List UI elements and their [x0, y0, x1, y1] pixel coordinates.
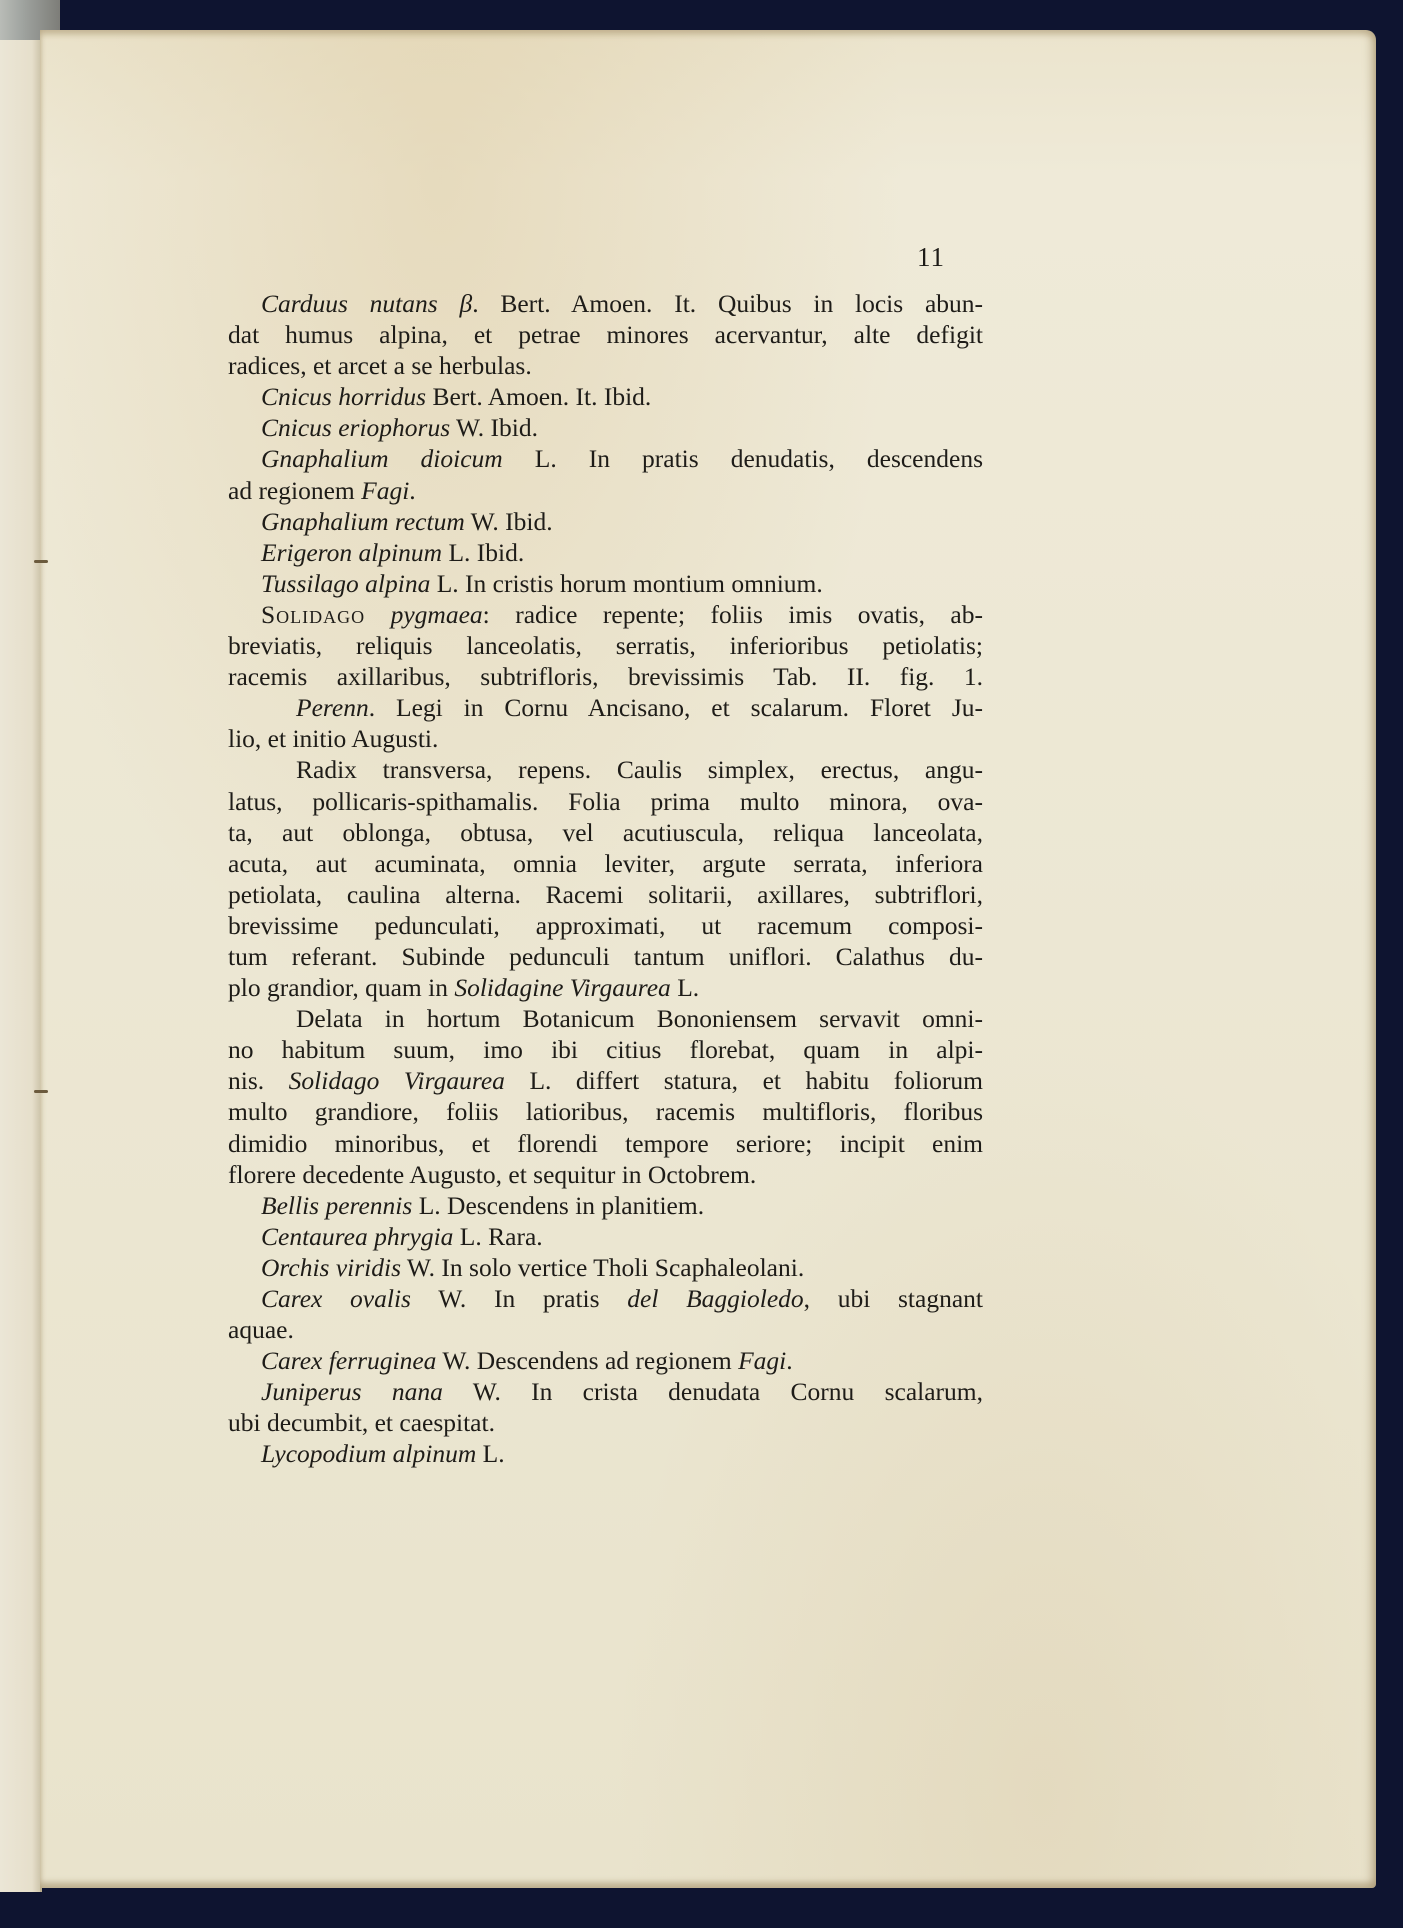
- text-run: acuta, aut acuminata, omnia leviter, arg…: [228, 849, 983, 878]
- text-run: Radix transversa, repens. Caulis simplex…: [296, 755, 983, 784]
- text-run: W. In crista denudata Cornu scalarum,: [443, 1377, 983, 1406]
- text-run: .: [409, 476, 415, 505]
- text-line: Carex ferruginea W. Descendens ad region…: [228, 1345, 983, 1376]
- text-run: L. differt statura, et habitu foliorum: [505, 1066, 983, 1095]
- text-line: multo grandiore, foliis latioribus, race…: [228, 1096, 983, 1127]
- text-run: L. Descendens in planitiem.: [412, 1191, 704, 1220]
- text-run: W. Ibid.: [450, 413, 538, 442]
- text-line: Cnicus horridus Bert. Amoen. It. Ibid.: [228, 381, 983, 412]
- text-run: L. Rara.: [453, 1222, 542, 1251]
- italic-text: Bellis perennis: [261, 1191, 412, 1220]
- text-line: tum referant. Subinde pedunculi tantum u…: [228, 941, 983, 972]
- text-line: Gnaphalium rectum W. Ibid.: [228, 506, 983, 537]
- italic-text: Orchis viridis: [261, 1253, 401, 1282]
- margin-mark: [34, 1090, 48, 1093]
- italic-text: Perenn: [296, 693, 369, 722]
- text-line: aquae.: [228, 1314, 983, 1345]
- italic-text: Juniperus nana: [261, 1377, 443, 1406]
- text-run: tum referant. Subinde pedunculi tantum u…: [228, 942, 983, 971]
- italic-text: Gnaphalium rectum: [261, 507, 465, 536]
- text-line: ta, aut oblonga, obtusa, vel acutiuscula…: [228, 817, 983, 848]
- italic-text: Erigeron alpinum: [261, 538, 442, 567]
- text-line: florere decedente Augusto, et sequitur i…: [228, 1159, 983, 1190]
- text-line: Bellis perennis L. Descendens in planiti…: [228, 1190, 983, 1221]
- italic-text: Carduus nutans β: [261, 289, 472, 318]
- text-run: . Legi in Cornu Ancisano, et scalarum. F…: [369, 693, 983, 722]
- text-run: ubi decumbit, et caespitat.: [228, 1408, 495, 1437]
- page-number: 11: [917, 242, 945, 273]
- text-line: acuta, aut acuminata, omnia leviter, arg…: [228, 848, 983, 879]
- text-line: Radix transversa, repens. Caulis simplex…: [228, 754, 983, 785]
- text-line: nis. Solidago Virgaurea L. differt statu…: [228, 1065, 983, 1096]
- text-line: Carduus nutans β. Bert. Amoen. It. Quibu…: [228, 288, 983, 319]
- text-run: breviatis, reliquis lanceolatis, serrati…: [228, 631, 983, 660]
- small-caps-text: Solidago: [261, 600, 365, 629]
- text-run: plo grandior, quam in: [228, 973, 454, 1002]
- italic-text: Cnicus horridus: [261, 382, 426, 411]
- text-line: brevissime pedunculati, approximati, ut …: [228, 910, 983, 941]
- text-run: florere decedente Augusto, et sequitur i…: [228, 1160, 756, 1189]
- text-run: latus, pollicaris-spithamalis. Folia pri…: [228, 787, 983, 816]
- text-line: ubi decumbit, et caespitat.: [228, 1407, 983, 1438]
- text-line: dimidio minoribus, et florendi tempore s…: [228, 1128, 983, 1159]
- text-run: , ubi stagnant: [804, 1284, 983, 1313]
- text-line: Cnicus eriophorus W. Ibid.: [228, 412, 983, 443]
- text-run: dimidio minoribus, et florendi tempore s…: [228, 1129, 983, 1158]
- text-line: Carex ovalis W. In pratis del Baggioledo…: [228, 1283, 983, 1314]
- text-run: L.: [476, 1439, 504, 1468]
- text-run: W. In solo vertice Tholi Scaphaleolani.: [401, 1253, 804, 1282]
- text-run: dat humus alpina, et petrae minores acer…: [228, 320, 983, 349]
- text-run: petiolata, caulina alterna. Racemi solit…: [228, 880, 983, 909]
- italic-text: pygmaea: [365, 600, 483, 629]
- italic-text: Carex ovalis: [261, 1284, 411, 1313]
- text-line: Juniperus nana W. In crista denudata Cor…: [228, 1376, 983, 1407]
- text-run: multo grandiore, foliis latioribus, race…: [228, 1097, 983, 1126]
- italic-text: Fagi: [361, 476, 409, 505]
- text-run: racemis axillaribus, subtrifloris, brevi…: [228, 662, 983, 691]
- text-line: petiolata, caulina alterna. Racemi solit…: [228, 879, 983, 910]
- text-run: .: [786, 1346, 792, 1375]
- text-line: Perenn. Legi in Cornu Ancisano, et scala…: [228, 692, 983, 723]
- text-run: Bert. Amoen. It. Ibid.: [426, 382, 651, 411]
- text-line: Solidago pygmaea: radice repente; foliis…: [228, 599, 983, 630]
- italic-text: Cnicus eriophorus: [261, 413, 450, 442]
- text-line: lio, et initio Augusti.: [228, 723, 983, 754]
- italic-text: Centaurea phrygia: [261, 1222, 453, 1251]
- text-line: latus, pollicaris-spithamalis. Folia pri…: [228, 786, 983, 817]
- text-line: Gnaphalium dioicum L. In pratis denudati…: [228, 443, 983, 474]
- page-body-text: Carduus nutans β. Bert. Amoen. It. Quibu…: [228, 288, 983, 1470]
- text-run: no habitum suum, imo ibi citius florebat…: [228, 1035, 983, 1064]
- text-line: racemis axillaribus, subtrifloris, brevi…: [228, 661, 983, 692]
- text-run: W. Ibid.: [465, 507, 553, 536]
- text-line: radices, et arcet a se herbulas.: [228, 350, 983, 381]
- text-line: ad regionem Fagi.: [228, 475, 983, 506]
- text-run: radices, et arcet a se herbulas.: [228, 351, 532, 380]
- text-line: breviatis, reliquis lanceolatis, serrati…: [228, 630, 983, 661]
- text-run: . Bert. Amoen. It. Quibus in locis abun-: [472, 289, 983, 318]
- text-run: L.: [671, 973, 699, 1002]
- text-run: aquae.: [228, 1315, 294, 1344]
- text-run: brevissime pedunculati, approximati, ut …: [228, 911, 983, 940]
- previous-page-edge: [0, 40, 42, 1892]
- margin-mark: [34, 560, 48, 563]
- text-line: Delata in hortum Botanicum Bononiensem s…: [228, 1003, 983, 1034]
- text-run: W. Descendens ad regionem: [436, 1346, 738, 1375]
- text-line: Lycopodium alpinum L.: [228, 1438, 983, 1469]
- italic-text: Fagi: [738, 1346, 786, 1375]
- text-run: ta, aut oblonga, obtusa, vel acutiuscula…: [228, 818, 983, 847]
- text-run: L. In pratis denudatis, descendens: [503, 444, 983, 473]
- text-run: ad regionem: [228, 476, 361, 505]
- italic-text: Gnaphalium dioicum: [261, 444, 503, 473]
- text-line: Orchis viridis W. In solo vertice Tholi …: [228, 1252, 983, 1283]
- text-line: Tussilago alpina L. In cristis horum mon…: [228, 568, 983, 599]
- text-run: : radice repente; foliis imis ovatis, ab…: [483, 600, 983, 629]
- text-run: W. In pratis: [411, 1284, 627, 1313]
- italic-text: Carex ferruginea: [261, 1346, 436, 1375]
- text-run: L. In cristis horum montium omnium.: [430, 569, 822, 598]
- text-line: Erigeron alpinum L. Ibid.: [228, 537, 983, 568]
- text-line: dat humus alpina, et petrae minores acer…: [228, 319, 983, 350]
- italic-text: Tussilago alpina: [261, 569, 430, 598]
- text-line: Centaurea phrygia L. Rara.: [228, 1221, 983, 1252]
- text-line: plo grandior, quam in Solidagine Virgaur…: [228, 972, 983, 1003]
- italic-text: del Baggioledo: [627, 1284, 803, 1313]
- italic-text: Solidago Virgaurea: [289, 1066, 505, 1095]
- italic-text: Lycopodium alpinum: [261, 1439, 476, 1468]
- text-run: nis.: [228, 1066, 289, 1095]
- text-line: no habitum suum, imo ibi citius florebat…: [228, 1034, 983, 1065]
- text-run: lio, et initio Augusti.: [228, 724, 438, 753]
- text-run: Delata in hortum Botanicum Bononiensem s…: [296, 1004, 983, 1033]
- text-run: L. Ibid.: [442, 538, 524, 567]
- italic-text: Solidagine Virgaurea: [454, 973, 671, 1002]
